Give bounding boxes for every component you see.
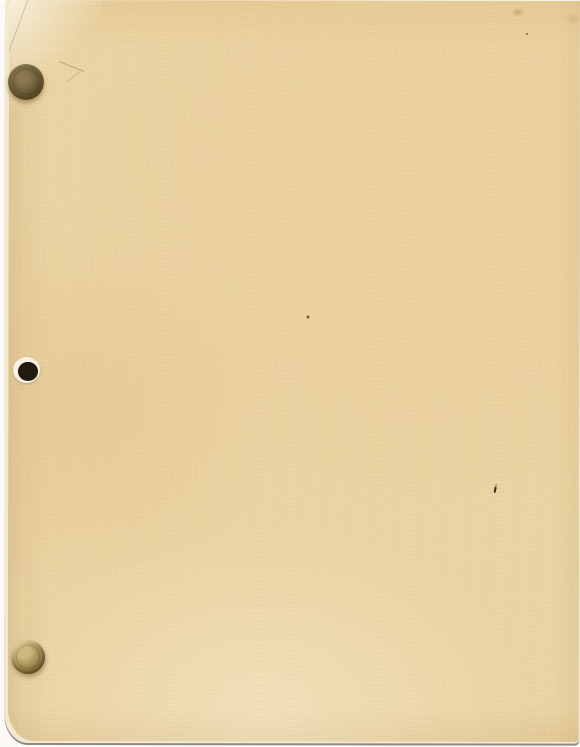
speck-center [306, 316, 309, 319]
stain-top-right [509, 6, 527, 19]
brass-brad-top [8, 64, 44, 100]
empty-punch-hole [13, 357, 40, 383]
paper-grain [8, 0, 580, 742]
script-cover-photo [0, 0, 580, 747]
script-cover [8, 0, 580, 742]
brass-brad-bottom [11, 640, 45, 674]
stain-top-right-faint [561, 11, 580, 27]
speck-top-right [526, 33, 528, 35]
